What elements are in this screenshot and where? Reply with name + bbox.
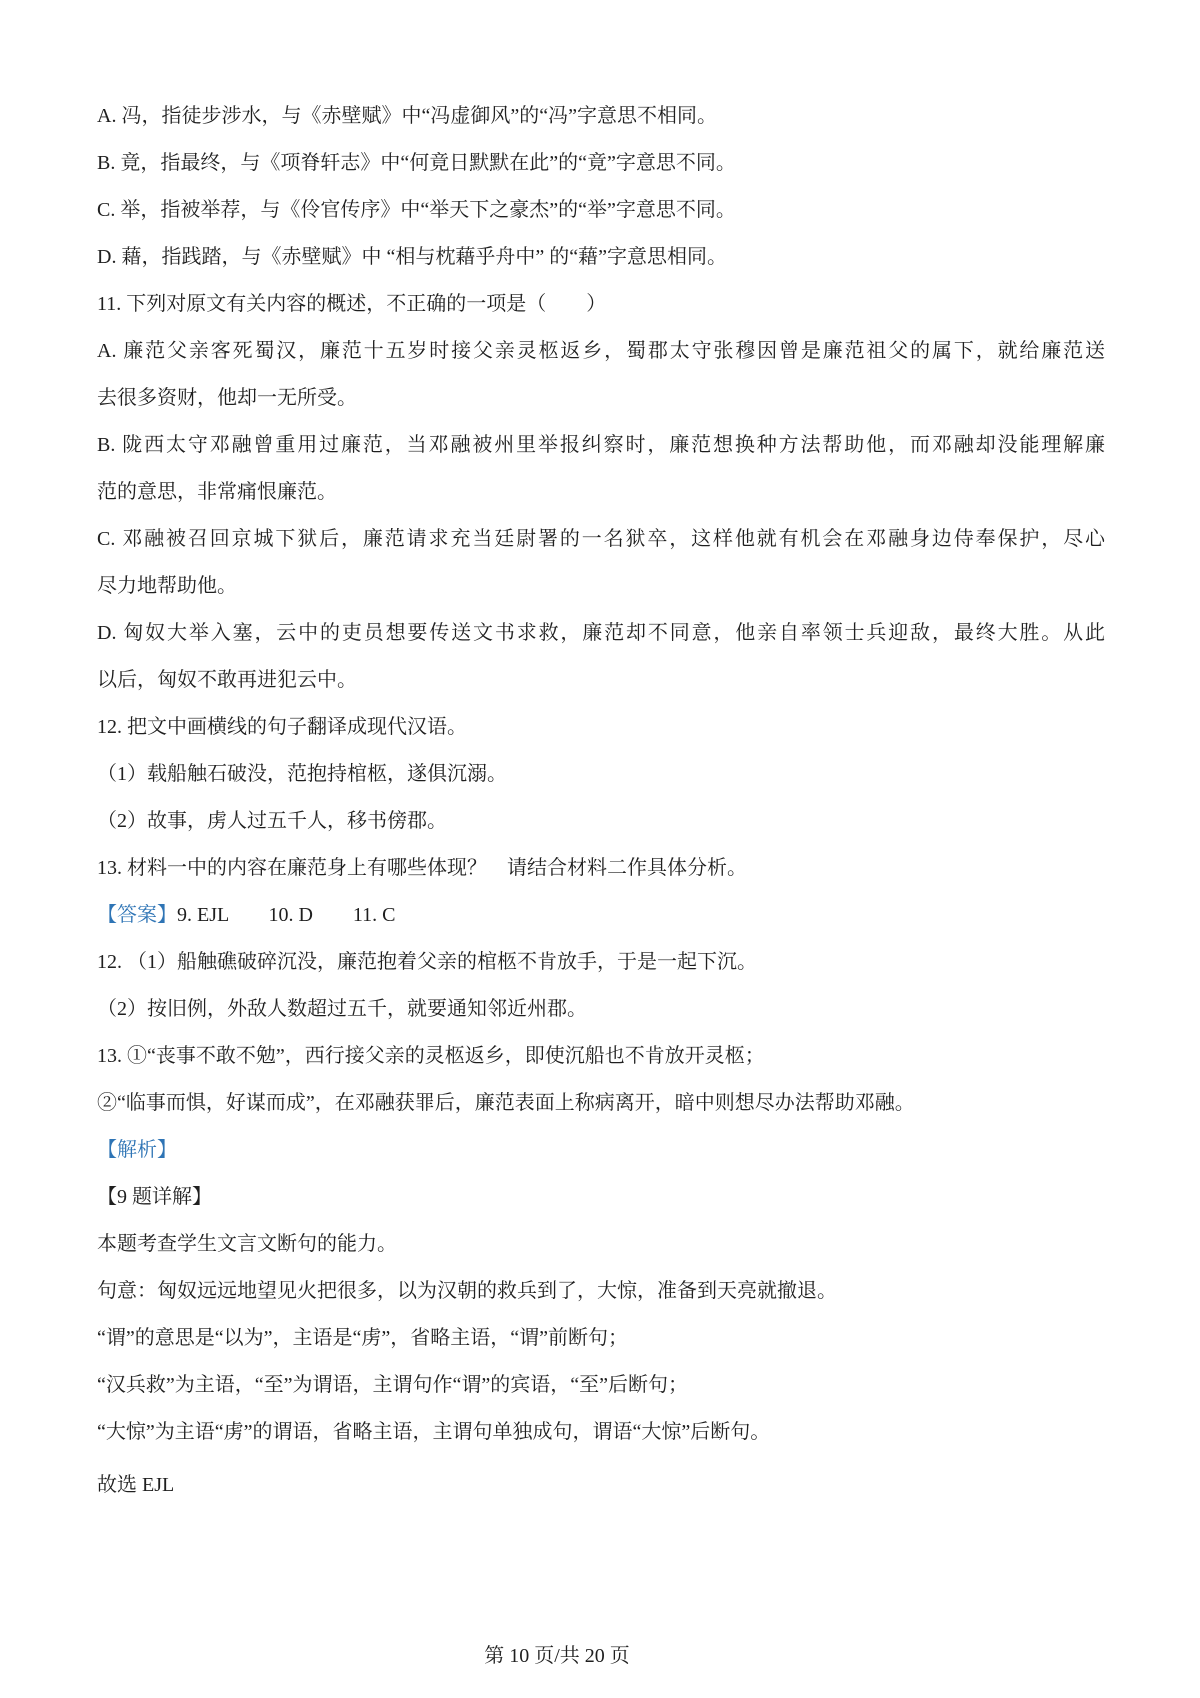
analysis-label-line: 【解析】	[97, 1127, 1105, 1174]
exam-content: A. 冯，指徒步涉水，与《赤壁赋》中“冯虚御风”的“冯”字意思不相同。 B. 竟…	[97, 93, 1105, 1509]
q10-option-b: B. 竟，指最终，与《项脊轩志》中“何竟日默默在此”的“竟”字意思不同。	[97, 140, 1105, 187]
q10-option-a: A. 冯，指徒步涉水，与《赤壁赋》中“冯虚御风”的“冯”字意思不相同。	[97, 93, 1105, 140]
answer-12-part1: 12. （1）船触礁破碎沉没，廉范抱着父亲的棺柩不肯放手，于是一起下沉。	[97, 939, 1105, 986]
analysis-ability: 本题考查学生文言文断句的能力。	[97, 1221, 1105, 1268]
q12-sentence-1: （1）载船触石破没，范抱持棺柩，遂俱沉溺。	[97, 751, 1105, 798]
answer-13-point2: ②“临事而惧，好谋而成”，在邓融获罪后，廉范表面上称病离开，暗中则想尽办法帮助邓…	[97, 1080, 1105, 1127]
answer-choices: 9. EJL 10. D 11. C	[177, 904, 396, 926]
q13-stem: 13. 材料一中的内容在廉范身上有哪些体现？ 请结合材料二作具体分析。	[97, 845, 1105, 892]
analysis-sentence-meaning: 句意：匈奴远远地望见火把很多，以为汉朝的救兵到了，大惊，准备到天亮就撤退。	[97, 1268, 1105, 1315]
q10-option-d: D. 藉，指践踏，与《赤壁赋》中 “相与枕藉乎舟中” 的“藉”字意思相同。	[97, 234, 1105, 281]
analysis-point-1: “谓”的意思是“以为”，主语是“虏”，省略主语，“谓”前断句；	[97, 1315, 1105, 1362]
q12-stem: 12. 把文中画横线的句子翻译成现代汉语。	[97, 704, 1105, 751]
q11-option-b-line2: 范的意思，非常痛恨廉范。	[97, 469, 1105, 516]
answer-12-part2: （2）按旧例，外敌人数超过五千，就要通知邻近州郡。	[97, 986, 1105, 1033]
q11-option-b-line1: B. 陇西太守邓融曾重用过廉范，当邓融被州里举报纠察时，廉范想换种方法帮助他，而…	[97, 422, 1105, 469]
q11-option-a-line1: A. 廉范父亲客死蜀汉，廉范十五岁时接父亲灵柩返乡，蜀郡太守张穆因曾是廉范祖父的…	[97, 328, 1105, 375]
analysis-point-3: “大惊”为主语“虏”的谓语，省略主语，主谓句单独成句，谓语“大惊”后断句。	[97, 1409, 1105, 1456]
analysis-label: 【解析】	[97, 1139, 177, 1161]
answer-line: 【答案】9. EJL 10. D 11. C	[97, 892, 1105, 939]
exam-answer-page: A. 冯，指徒步涉水，与《赤壁赋》中“冯虚御风”的“冯”字意思不相同。 B. 竟…	[0, 0, 1200, 1698]
page-number: 第 10 页/共 20 页	[484, 1645, 630, 1667]
q11-option-d-line1: D. 匈奴大举入塞，云中的吏员想要传送文书求救，廉范却不同意，他亲自率领士兵迎敌…	[97, 610, 1105, 657]
q10-option-c: C. 举，指被举荐，与《伶官传序》中“举天下之豪杰”的“举”字意思不同。	[97, 187, 1105, 234]
q11-stem: 11. 下列对原文有关内容的概述，不正确的一项是（ ）	[97, 281, 1105, 328]
analysis-point-2: “汉兵救”为主语，“至”为谓语，主谓句作“谓”的宾语，“至”后断句；	[97, 1362, 1105, 1409]
q11-option-c-line2: 尽力地帮助他。	[97, 563, 1105, 610]
q11-option-a-line2: 去很多资财，他却一无所受。	[97, 375, 1105, 422]
q12-sentence-2: （2）故事，虏人过五千人，移书傍郡。	[97, 798, 1105, 845]
q11-option-d-line2: 以后，匈奴不敢再进犯云中。	[97, 657, 1105, 704]
answer-label: 【答案】	[97, 904, 177, 926]
answer-13-point1: 13. ①“丧事不敢不勉”，西行接父亲的灵柩返乡，即使沉船也不肯放开灵柩；	[97, 1033, 1105, 1080]
page-footer: 第 10 页/共 20 页	[0, 1644, 1200, 1668]
q11-option-c-line1: C. 邓融被召回京城下狱后，廉范请求充当廷尉署的一名狱卒，这样他就有机会在邓融身…	[97, 516, 1105, 563]
analysis-conclusion: 故选 EJL	[97, 1462, 1105, 1509]
analysis-q9-header: 【9 题详解】	[97, 1174, 1105, 1221]
